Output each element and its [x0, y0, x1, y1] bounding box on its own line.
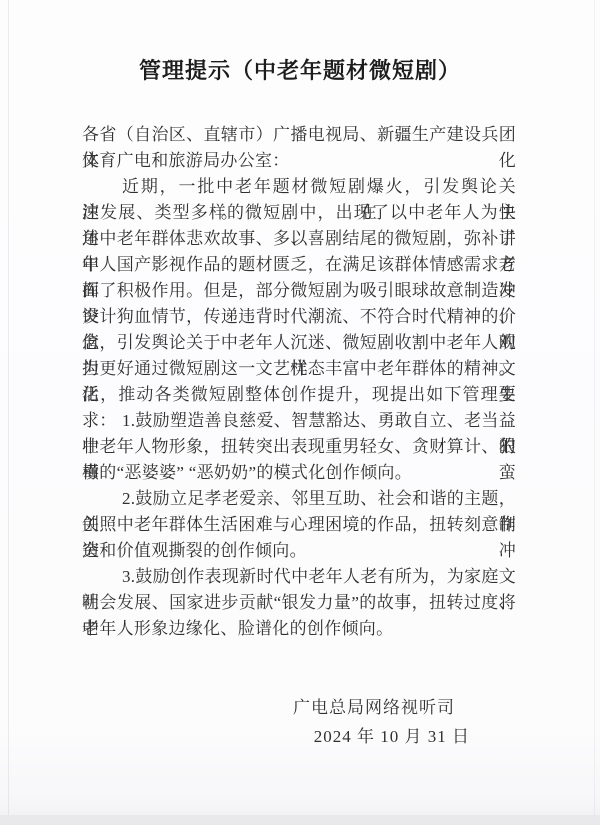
- page-left-edge-line: [8, 0, 9, 825]
- document-line: 念，引发舆论关于中老年人沉迷、微短剧收割中老年人的担忧。: [82, 330, 516, 356]
- document-line: 1.鼓励塑造善良慈爱、智慧豁达、勇敢自立、老当益壮的: [82, 408, 516, 434]
- document-line: 设计狗血情节，传递违背时代潮流、不符合时代精神的价值观: [82, 304, 516, 330]
- signature: 广电总局网络视听司: [293, 693, 455, 718]
- document-line: 为更好通过微短剧这一文艺样态丰富中老年群体的精神文化生: [82, 356, 516, 382]
- page-right-edge-line: [594, 0, 595, 825]
- page-bottom-edge: [0, 815, 600, 825]
- date: 2024 年 10 月 31 日: [314, 722, 470, 747]
- document-lines: 各省（自治区、直辖市）广播电视局、新疆生产建设兵团文化体育广电和旅游局办公室：近…: [82, 122, 516, 642]
- document-line: 挥了积极作用。但是，部分微短剧为吸引眼球故意制造冲突、: [82, 278, 516, 304]
- document-title: 管理提示（中老年题材微短剧）: [0, 56, 600, 86]
- document-line: 述中老年群体悲欢故事、多以喜剧结尾的微短剧，弥补了中老: [82, 226, 516, 252]
- document-line: 2.鼓励立足孝老爱亲、邻里互助、社会和谐的主题，创作: [82, 486, 516, 512]
- document-line: 老年人形象边缘化、脸谱化的创作倾向。: [82, 616, 516, 642]
- document-line: 活，推动各类微短剧整体创作提升，现提出如下管理要求：: [82, 382, 516, 408]
- document-page: 管理提示（中老年题材微短剧） 各省（自治区、直辖市）广播电视局、新疆生产建设兵团…: [0, 0, 600, 825]
- document-line: 各省（自治区、直辖市）广播电视局、新疆生产建设兵团文化: [82, 122, 516, 148]
- document-line: 近期，一批中老年题材微短剧爆火，引发舆论关注。在快: [82, 174, 516, 200]
- document-line: 社会发展、国家进步贡献“银发力量”的故事，扭转过度将中: [82, 590, 516, 616]
- document-line: 年人国产影视作品的题材匮乏，在满足该群体情感需求方面发: [82, 252, 516, 278]
- document-line: 中老年人物形象，扭转突出表现重男轻女、贪财算计、狠毒蛮: [82, 434, 516, 460]
- document-line: 3.鼓励创作表现新时代中老年人老有所为，为家庭文明、: [82, 564, 516, 590]
- document-line: 关照中老年群体生活困难与心理困境的作品，扭转刻意制造冲: [82, 512, 516, 538]
- document-line: 速发展、类型多样的微短剧中，出现了以中老年人为主角、讲: [82, 200, 516, 226]
